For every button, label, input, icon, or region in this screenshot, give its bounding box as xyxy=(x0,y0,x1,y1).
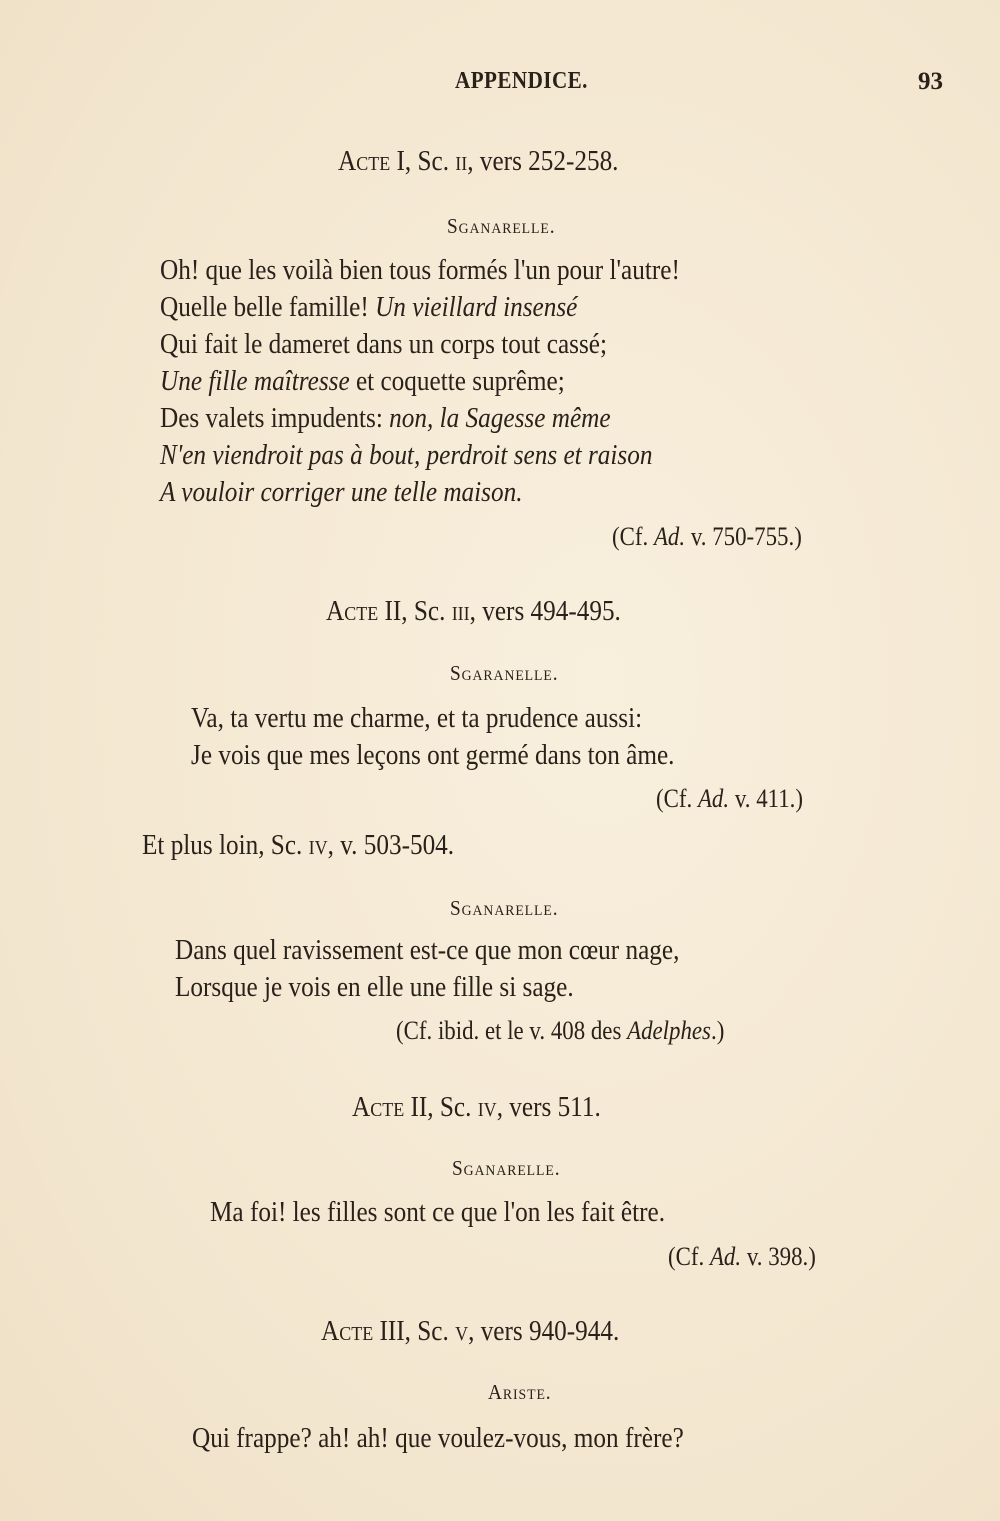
book-page: APPENDICE. 93 Acte I, Sc. ii, vers 252-2… xyxy=(0,0,1000,1521)
verse-line: A vouloir corriger une telle maison. xyxy=(160,476,523,509)
verse-line: Dans quel ravissement est-ce que mon cœu… xyxy=(175,934,679,967)
sub-heading: Et plus loin, Sc. iv, v. 503-504. xyxy=(142,830,454,862)
page-number: 93 xyxy=(918,68,943,96)
verse-line: Va, ta vertu me charme, et ta prudence a… xyxy=(191,702,642,735)
verse-line: Des valets impudents: non, la Sagesse mê… xyxy=(160,402,611,435)
section-heading: Acte II, Sc. iii, vers 494-495. xyxy=(326,596,621,628)
citation: (Cf. Ad. v. 750-755.) xyxy=(612,522,802,552)
section-heading: Acte III, Sc. v, vers 940-944. xyxy=(321,1316,619,1348)
verse-line: Ma foi! les filles sont ce que l'on les … xyxy=(210,1196,665,1229)
section-heading: Acte I, Sc. ii, vers 252-258. xyxy=(338,146,618,178)
running-header: APPENDICE. xyxy=(455,68,588,95)
speaker-name: Sganarelle. xyxy=(450,896,558,921)
verse-line: Qui frappe? ah! ah! que voulez-vous, mon… xyxy=(192,1422,684,1455)
verse-line: Qui fait le dameret dans un corps tout c… xyxy=(160,328,607,361)
speaker-name: Sganarelle. xyxy=(452,1156,560,1181)
section-heading: Acte II, Sc. iv, vers 511. xyxy=(352,1092,601,1124)
speaker-name: Ariste. xyxy=(488,1380,552,1405)
verse-line: Quelle belle famille! Un vieillard insen… xyxy=(160,291,577,324)
citation: (Cf. ibid. et le v. 408 des Adelphes.) xyxy=(396,1016,724,1046)
verse-line: Je vois que mes leçons ont germé dans to… xyxy=(191,739,674,772)
speaker-name: Sganarelle. xyxy=(447,214,555,239)
verse-line: Une fille maîtresse et coquette suprême; xyxy=(160,365,565,398)
verse-line: Oh! que les voilà bien tous formés l'un … xyxy=(160,254,680,287)
verse-line: N'en viendroit pas à bout, perdroit sens… xyxy=(160,439,652,472)
citation: (Cf. Ad. v. 398.) xyxy=(668,1242,816,1272)
citation: (Cf. Ad. v. 411.) xyxy=(656,784,803,814)
speaker-name: Sgaranelle. xyxy=(450,661,558,686)
verse-line: Lorsque je vois en elle une fille si sag… xyxy=(175,971,574,1004)
